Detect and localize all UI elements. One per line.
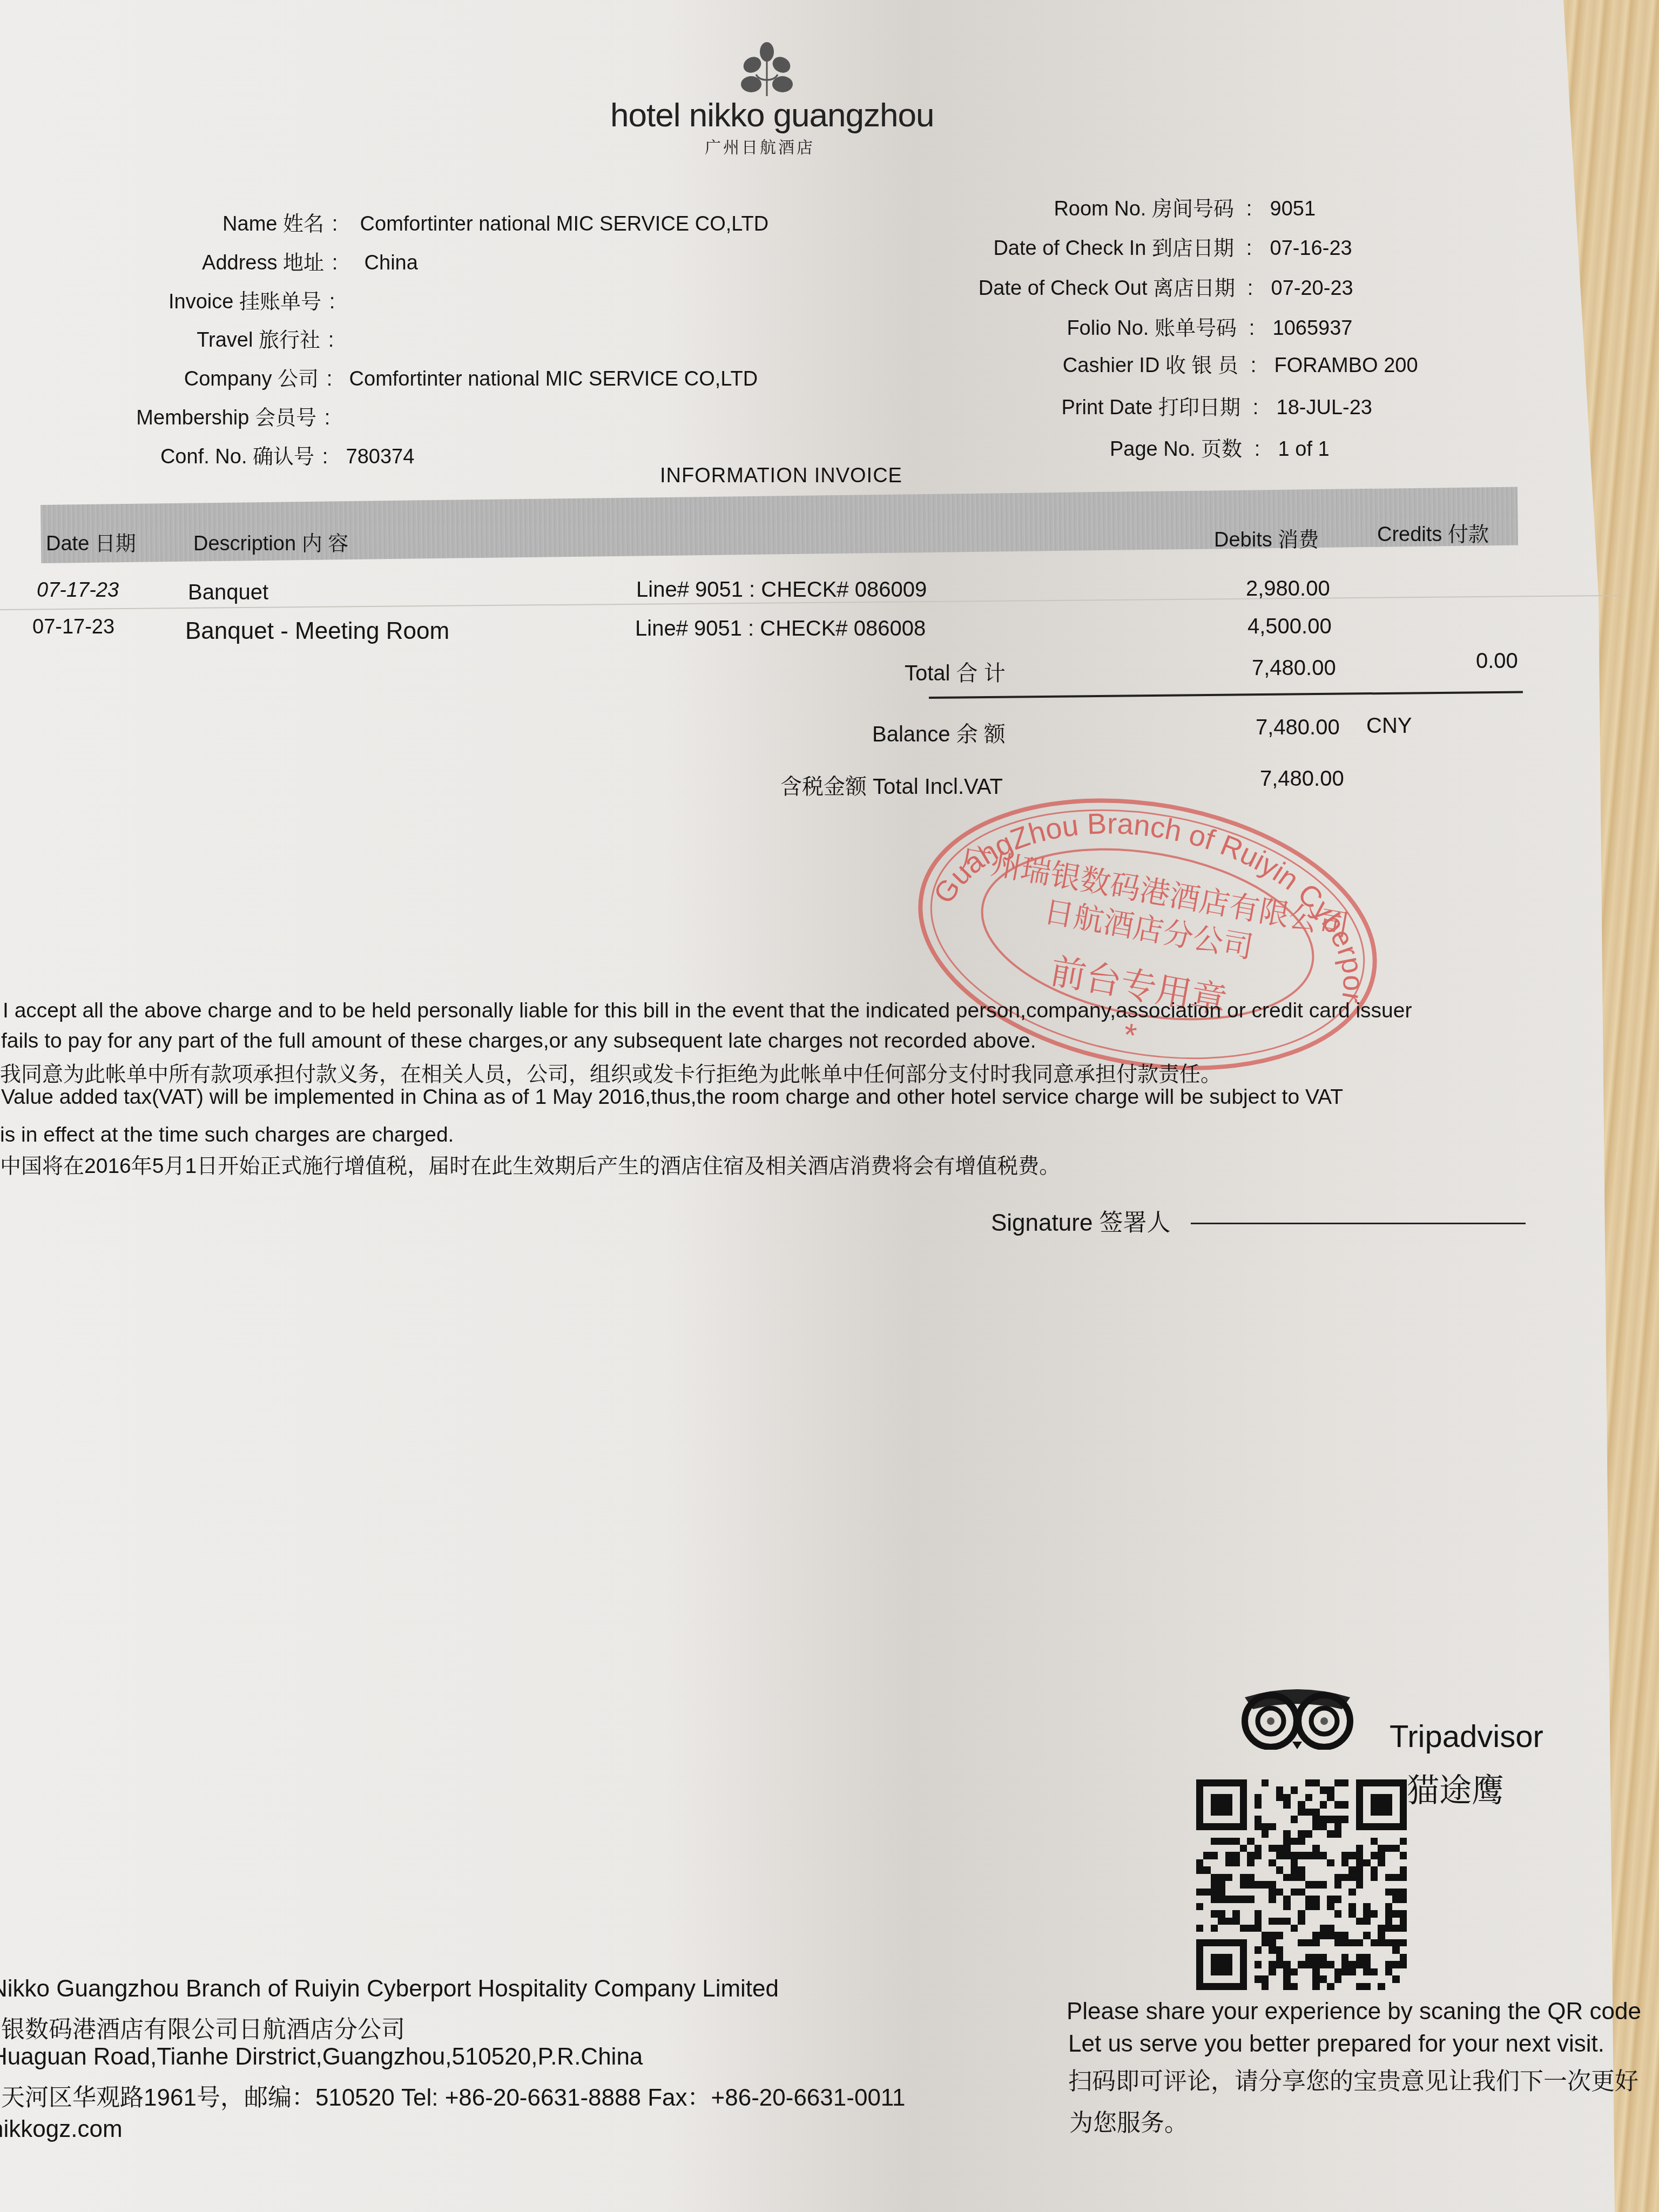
info-row-conf-no: Conf. No. 确认号: 780374 <box>0 440 414 469</box>
footer-company-en: Nikko Guangzhou Branch of Ruiyin Cyberpo… <box>0 1975 779 2002</box>
info-row-invoice: Invoice 挂账单号: <box>0 285 343 314</box>
header-credits: Credits 付款 <box>1377 517 1489 547</box>
row-description: Banquet <box>188 581 268 605</box>
row-debit: 4,500.00 <box>1247 615 1332 639</box>
disclaimer-line: I accept all the above charge and to be … <box>3 999 1412 1023</box>
header-description: Description 内 容 <box>193 527 348 556</box>
row-date: 07-17-23 <box>37 579 119 602</box>
info-row-cashier-id: Cashier ID 收 银 员: FORAMBO 200 <box>936 348 1418 378</box>
disclaimer-line: 我同意为此帐单中所有款项承担付款义务，在相关人员，公司，组织或发卡行拒绝为此帐单… <box>0 1057 1222 1088</box>
disclaimer-line: fails to pay for any part of the full am… <box>1 1029 1036 1053</box>
invoice-title: INFORMATION INVOICE <box>660 464 902 488</box>
hotel-name: hotel nikko guangzhou <box>610 96 934 134</box>
info-row-address: Address 地址: China <box>0 246 418 275</box>
hotel-name-cn: 广州日航酒店 <box>705 134 815 158</box>
tripadvisor-cn-label: 猫途鹰 <box>1407 1765 1504 1811</box>
qr-code[interactable] <box>1196 1774 1407 1995</box>
footer-website[interactable]: nikkogz.com <box>0 2116 123 2143</box>
vat-total-value: 7,480.00 <box>1260 767 1344 791</box>
info-row-page-no: Page No. 页数: 1 of 1 <box>940 432 1330 462</box>
total-debit: 7,480.00 <box>1252 656 1336 680</box>
balance-value: 7,480.00 <box>1256 716 1340 740</box>
footer-company-cn: 瑞银数码港酒店有限公司日航酒店分公司 <box>0 2010 405 2045</box>
total-credit: 0.00 <box>1476 649 1518 673</box>
row-description: Banquet - Meeting Room <box>185 618 449 645</box>
balance-currency: CNY <box>1366 714 1412 738</box>
info-row-name: Name 姓名: Comfortinter national MIC SERVI… <box>0 207 768 237</box>
header-debits: Debits 消费 <box>1214 523 1319 552</box>
row-date: 07-17-23 <box>32 616 114 639</box>
info-row-company: Company 公司: Comfortinter national MIC SE… <box>0 362 758 392</box>
tripadvisor-owl-icon <box>1239 1688 1355 1750</box>
footer-address-cn: 市天河区华观路1961号，邮编：510520 Tel: +86-20-6631-… <box>0 2078 906 2113</box>
disclaimer-line: is in effect at the time such charges ar… <box>0 1123 454 1147</box>
disclaimer-line: Value added tax(VAT) will be implemented… <box>1 1085 1343 1109</box>
info-row-print-date: Print Date 打印日期: 18-JUL-23 <box>938 390 1372 420</box>
total-label: Total 合 计 <box>905 656 1006 687</box>
info-row-room-no: Room No. 房间号码: 9051 <box>932 192 1316 221</box>
nikko-flower-logo <box>737 42 797 99</box>
info-row-check-in: Date of Check In 到店日期: 07-16-23 <box>932 231 1352 261</box>
row-debit: 2,980.00 <box>1246 577 1330 601</box>
info-row-folio-no: Folio No. 账单号码: 1065937 <box>934 311 1353 341</box>
info-row-membership: Membership 会员号: <box>0 401 338 430</box>
tripadvisor-label: Tripadvisor <box>1390 1718 1543 1755</box>
row-reference: Line# 9051 : CHECK# 086009 <box>636 578 927 602</box>
balance-label: Balance 余 额 <box>872 717 1006 748</box>
info-row-check-out: Date of Check Out 离店日期: 07-20-23 <box>933 271 1353 301</box>
footer-address-en: Huaguan Road,Tianhe Dirstrict,Guangzhou,… <box>0 2044 643 2071</box>
signature-label: Signature 签署人 <box>991 1203 1171 1238</box>
header-date: Date 日期 <box>46 527 136 556</box>
row-reference: Line# 9051 : CHECK# 086008 <box>635 617 926 641</box>
info-row-travel: Travel 旅行社: <box>0 323 342 353</box>
disclaimer-line: 中国将在2016年5月1日开始正式施行增值税，届时在此生效期后产生的酒店住宿及相… <box>0 1149 1060 1179</box>
signature-field[interactable] <box>1191 1223 1526 1224</box>
